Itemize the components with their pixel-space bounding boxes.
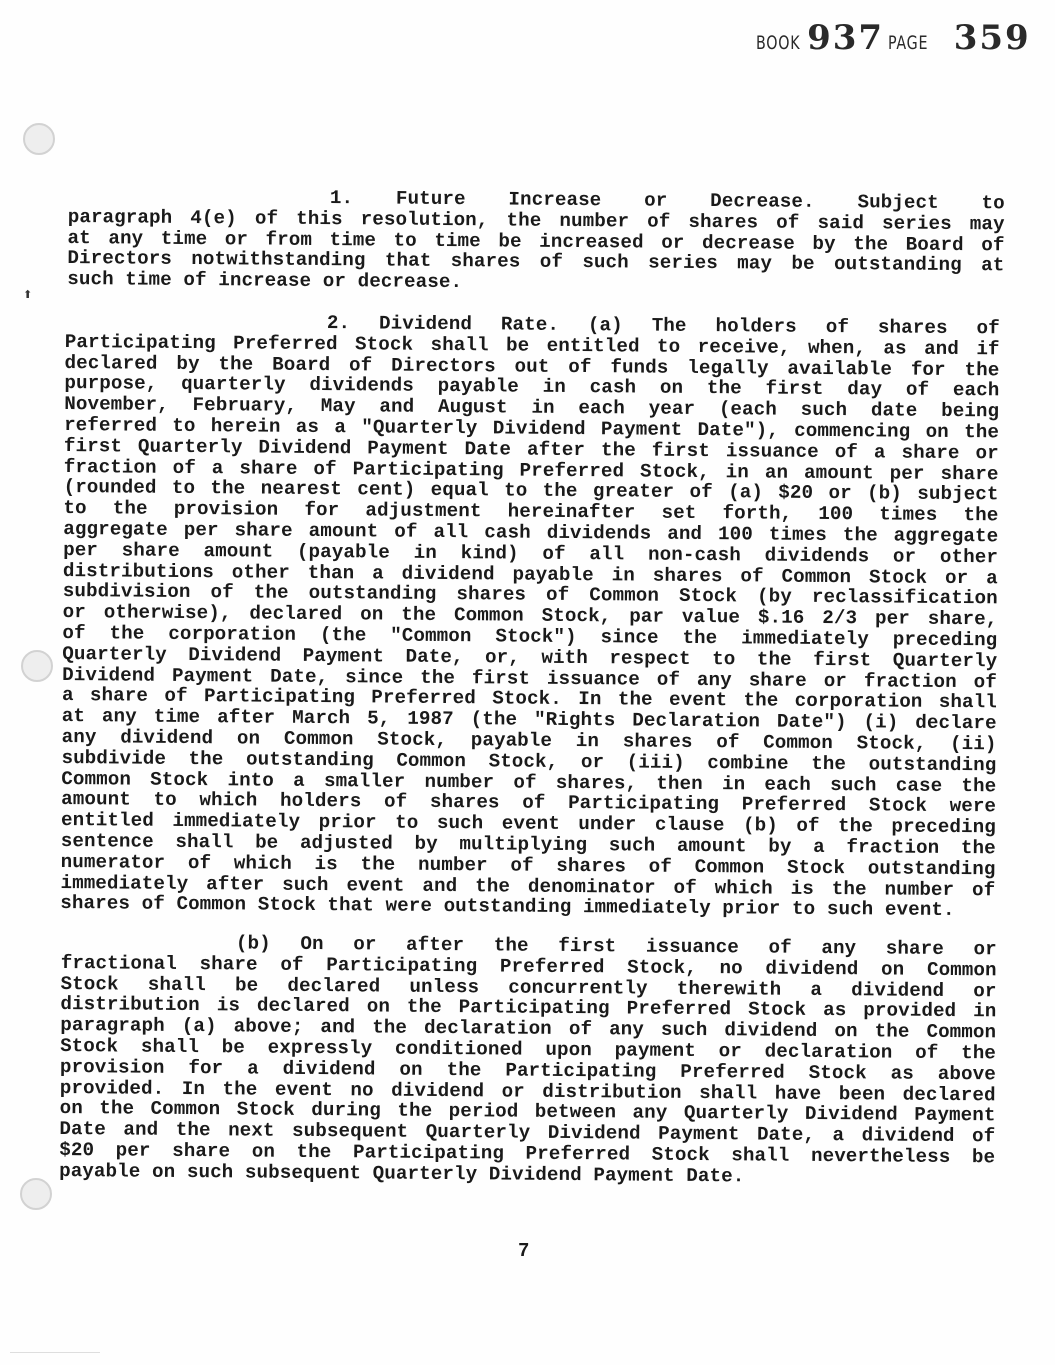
page-number: 7 (518, 1240, 529, 1262)
punch-hole-top (23, 123, 55, 155)
paragraph-dividend-rate-a: 2.DividendRate.(a)TheholdersofsharesofPa… (60, 311, 1000, 921)
book-number: 937 (807, 18, 884, 58)
punch-hole-bottom (20, 1178, 52, 1210)
paragraph-future-increase: 1.FutureIncreaseorDecrease.Subjecttopara… (67, 186, 1005, 297)
scan-speck: ⬆ (23, 288, 32, 301)
document-page: BOOK 937 PAGE 359 ⬆ 1.FutureIncreaseorDe… (0, 0, 1055, 1365)
book-page-stamp: BOOK 937 PAGE 359 (756, 18, 1023, 58)
book-label: BOOK (756, 32, 800, 54)
scan-edge-line (10, 1352, 100, 1353)
stamp-page-number: 359 (954, 18, 1031, 58)
paragraph-dividend-rate-b: (b)Onorafterthefirstissuanceofanyshareor… (59, 932, 997, 1189)
page-label: PAGE (888, 32, 928, 54)
punch-hole-middle (21, 650, 53, 682)
